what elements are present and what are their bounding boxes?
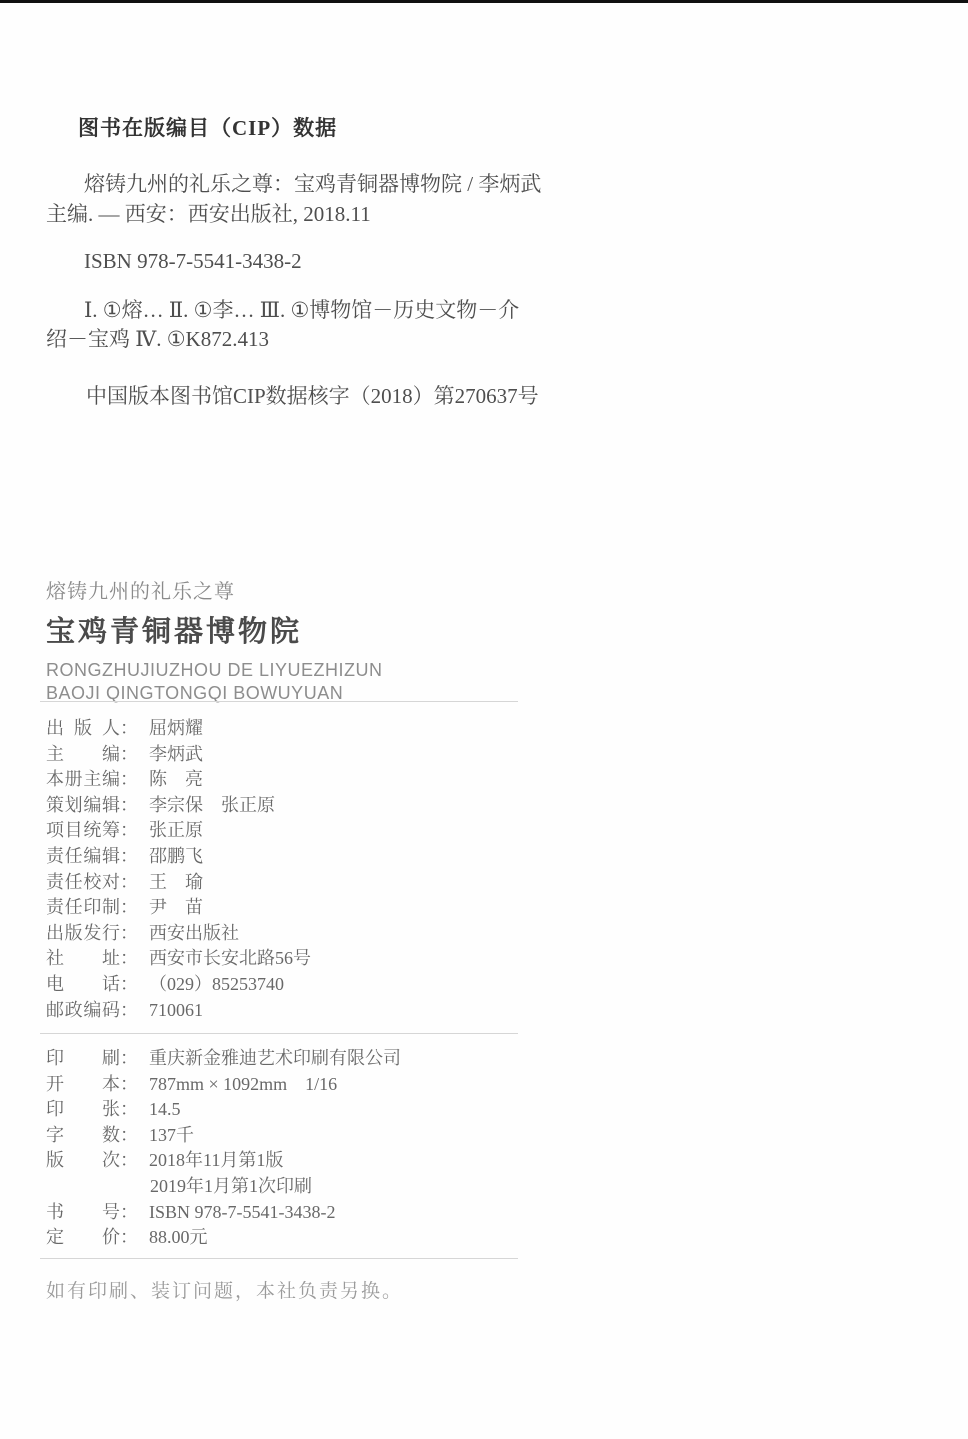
row-value: 787mm × 1092mm 1/16 [149, 1072, 337, 1098]
row-label: 出版发行 [46, 921, 120, 947]
row-colon: ： [120, 870, 138, 896]
row-value: 14.5 [149, 1097, 181, 1123]
cip-block: 图书在版编目（CIP）数据 熔铸九州的礼乐之尊：宝鸡青铜器博物院 / 李炳武 主… [46, 112, 646, 410]
cip-description-line1: 熔铸九州的礼乐之尊：宝鸡青铜器博物院 / 李炳武 [46, 169, 646, 199]
list-item: 电话：（029）85253740 [46, 972, 646, 998]
list-item: 策划编辑：李宗保 张正原 [46, 793, 646, 819]
replacement-notice: 如有印刷、装订问题，本社负责另换。 [46, 1276, 403, 1303]
list-item: 本册主编：陈 亮 [46, 767, 646, 793]
printing-info-list: 印刷：重庆新金雅迪艺术印刷有限公司 开本：787mm × 1092mm 1/16… [46, 1046, 646, 1251]
row-value: 邵鹏飞 [149, 844, 203, 870]
row-colon: ： [120, 1097, 138, 1123]
row-colon: ： [120, 793, 138, 819]
row-colon: ： [120, 921, 138, 947]
list-item-continuation: 2019年1月第1次印刷 [46, 1174, 646, 1200]
row-colon: ： [120, 895, 138, 921]
row-colon: ： [120, 1148, 138, 1174]
row-label: 版次 [46, 1148, 120, 1174]
cip-classification-line1: Ⅰ. ①熔… Ⅱ. ①李… Ⅲ. ①博物馆－历史文物－介 [46, 296, 646, 325]
publication-credits-list: 出版人：屈炳耀 主编：李炳武 本册主编：陈 亮 策划编辑：李宗保 张正原 项目统… [46, 716, 646, 1023]
row-value: 尹 苗 [149, 895, 203, 921]
list-item: 社址：西安市长安北路56号 [46, 946, 646, 972]
row-value: 张正原 [149, 818, 203, 844]
row-colon: ： [120, 1123, 138, 1149]
cip-classification-line2: 绍－宝鸡 Ⅳ. ①K872.413 [46, 325, 646, 354]
list-item: 出版发行：西安出版社 [46, 921, 646, 947]
row-label: 责任编辑 [46, 844, 120, 870]
row-colon: ： [120, 972, 138, 998]
list-item: 出版人：屈炳耀 [46, 716, 646, 742]
row-label: 定价 [46, 1225, 120, 1251]
list-item: 印刷：重庆新金雅迪艺术印刷有限公司 [46, 1046, 646, 1072]
row-value: 137千 [149, 1123, 194, 1149]
row-colon: ： [120, 946, 138, 972]
row-value: 李宗保 张正原 [149, 793, 275, 819]
book-subtitle: 熔铸九州的礼乐之尊 [46, 575, 566, 604]
list-item: 责任校对：王 瑜 [46, 870, 646, 896]
row-value: 西安出版社 [149, 921, 239, 947]
row-colon: ： [120, 716, 138, 742]
cip-isbn: ISBN 978-7-5541-3438-2 [84, 249, 646, 274]
row-colon: ： [120, 742, 138, 768]
row-label: 策划编辑 [46, 793, 120, 819]
row-label: 字数 [46, 1123, 120, 1149]
row-colon: ： [120, 767, 138, 793]
row-label: 责任印制 [46, 895, 120, 921]
title-block: 熔铸九州的礼乐之尊 宝鸡青铜器博物院 RONGZHUJIUZHOU DE LIY… [46, 575, 566, 705]
list-item: 主编：李炳武 [46, 742, 646, 768]
row-colon: ： [120, 1046, 138, 1072]
section-divider-middle [40, 1033, 518, 1034]
book-title: 宝鸡青铜器博物院 [46, 609, 566, 650]
row-value: 710061 [149, 998, 203, 1024]
row-colon: ： [120, 1072, 138, 1098]
row-colon: ： [120, 818, 138, 844]
row-value: 屈炳耀 [149, 716, 203, 742]
list-item: 印张：14.5 [46, 1097, 646, 1123]
list-item: 定价：88.00元 [46, 1225, 646, 1251]
row-label: 电话 [46, 972, 120, 998]
cip-classification: Ⅰ. ①熔… Ⅱ. ①李… Ⅲ. ①博物馆－历史文物－介 绍－宝鸡 Ⅳ. ①K8… [46, 296, 646, 354]
row-label: 主编 [46, 742, 120, 768]
pinyin-line1: RONGZHUJIUZHOU DE LIYUEZHIZUN [46, 659, 566, 682]
book-title-pinyin: RONGZHUJIUZHOU DE LIYUEZHIZUN BAOJI QING… [46, 659, 566, 705]
section-divider-bottom [40, 1258, 518, 1259]
row-label: 项目统筹 [46, 818, 120, 844]
row-label: 出版人 [46, 716, 120, 742]
row-colon: ： [120, 998, 138, 1024]
row-value: 李炳武 [149, 742, 203, 768]
row-label: 责任校对 [46, 870, 120, 896]
row-label: 本册主编 [46, 767, 120, 793]
row-label: 社址 [46, 946, 120, 972]
cip-description: 熔铸九州的礼乐之尊：宝鸡青铜器博物院 / 李炳武 主编. — 西安：西安出版社,… [46, 169, 646, 229]
row-value: ISBN 978-7-5541-3438-2 [149, 1200, 336, 1226]
row-value: 重庆新金雅迪艺术印刷有限公司 [149, 1046, 401, 1072]
row-value: 2018年11月第1版 [149, 1148, 283, 1174]
row-label: 开本 [46, 1072, 120, 1098]
list-item: 责任编辑：邵鹏飞 [46, 844, 646, 870]
row-label: 印张 [46, 1097, 120, 1123]
row-value: 西安市长安北路56号 [149, 946, 311, 972]
row-value: 陈 亮 [149, 767, 203, 793]
list-item: 邮政编码：710061 [46, 998, 646, 1024]
list-item: 书号：ISBN 978-7-5541-3438-2 [46, 1200, 646, 1226]
list-item: 开本：787mm × 1092mm 1/16 [46, 1072, 646, 1098]
list-item: 版次：2018年11月第1版 [46, 1148, 646, 1174]
list-item: 项目统筹：张正原 [46, 818, 646, 844]
row-value: （029）85253740 [149, 972, 284, 998]
row-value: 88.00元 [149, 1225, 208, 1251]
cip-record-number: 中国版本图书馆CIP数据核字（2018）第270637号 [86, 380, 646, 410]
section-divider-top [40, 701, 518, 702]
list-item: 字数：137千 [46, 1123, 646, 1149]
list-item: 责任印制：尹 苗 [46, 895, 646, 921]
cip-heading: 图书在版编目（CIP）数据 [78, 112, 646, 142]
row-value: 2019年1月第1次印刷 [150, 1174, 312, 1200]
row-colon: ： [120, 1225, 138, 1251]
row-label: 邮政编码 [46, 998, 120, 1024]
row-colon: ： [120, 844, 138, 870]
row-value: 王 瑜 [149, 870, 203, 896]
row-colon: ： [120, 1200, 138, 1226]
cip-description-line2: 主编. — 西安：西安出版社, 2018.11 [46, 199, 646, 229]
row-label: 印刷 [46, 1046, 120, 1072]
scan-edge-line [0, 0, 968, 3]
row-label: 书号 [46, 1200, 120, 1226]
copyright-page: 图书在版编目（CIP）数据 熔铸九州的礼乐之尊：宝鸡青铜器博物院 / 李炳武 主… [0, 0, 968, 1439]
